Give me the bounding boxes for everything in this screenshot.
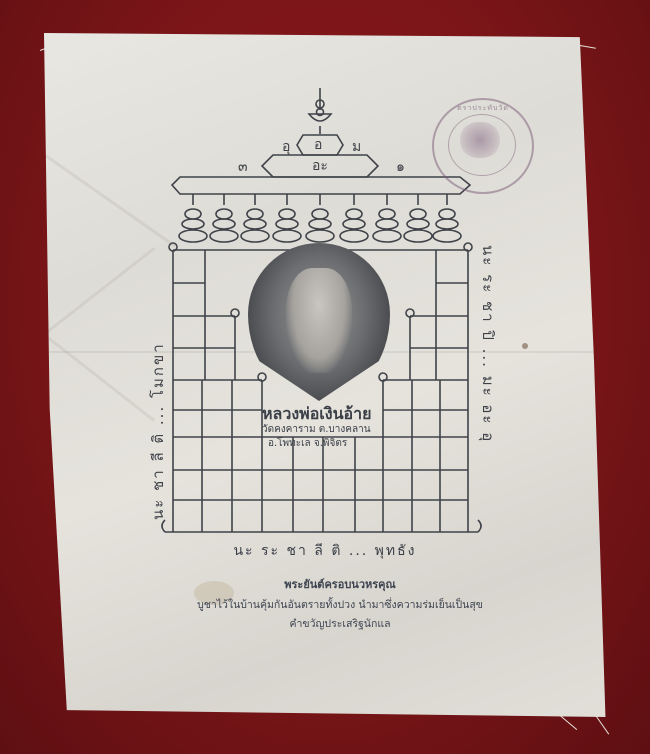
district-line: อ.โพทะเล จ.พิจิตร xyxy=(268,436,347,451)
bell-row xyxy=(179,194,461,242)
footer-line-1: บูชาไว้ในบ้านคุ้มกันอันตรายทั้งปวง นำมาซ… xyxy=(170,596,510,613)
bottom-yantra-text: นะ ระ ชา ลี ติ ... พุทธัง xyxy=(200,540,450,562)
yantra-glyph: อุ xyxy=(282,140,290,154)
footer-title: พระยันต์ครอบนวหรคุณ xyxy=(170,575,510,593)
yantra-glyph: อ xyxy=(314,138,322,152)
yantra-glyph: อะ xyxy=(312,159,328,173)
temple-line: วัดคงคาราม ต.บางคลาน xyxy=(262,422,371,437)
temple-stamp: ตราประทับวัด xyxy=(432,98,534,194)
yantra-glyph: ๓ xyxy=(238,160,248,174)
left-yantra-text: นะ ชา ลี ติ ... โมกขา xyxy=(146,250,170,520)
stamp-emblem-icon xyxy=(460,122,500,158)
monk-figure xyxy=(286,268,352,373)
yantra-glyph: ม xyxy=(352,140,361,154)
stamp-text: ตราประทับวัด xyxy=(434,103,532,114)
finial-icon xyxy=(309,88,331,134)
right-yantra-text: นะ ระ ชา ปิ ... มะ อะ อุ xyxy=(476,245,500,525)
yantra-glyph: ๑ xyxy=(396,160,405,174)
footer-line-2: คำขวัญประเสริฐนักแล xyxy=(170,615,510,632)
